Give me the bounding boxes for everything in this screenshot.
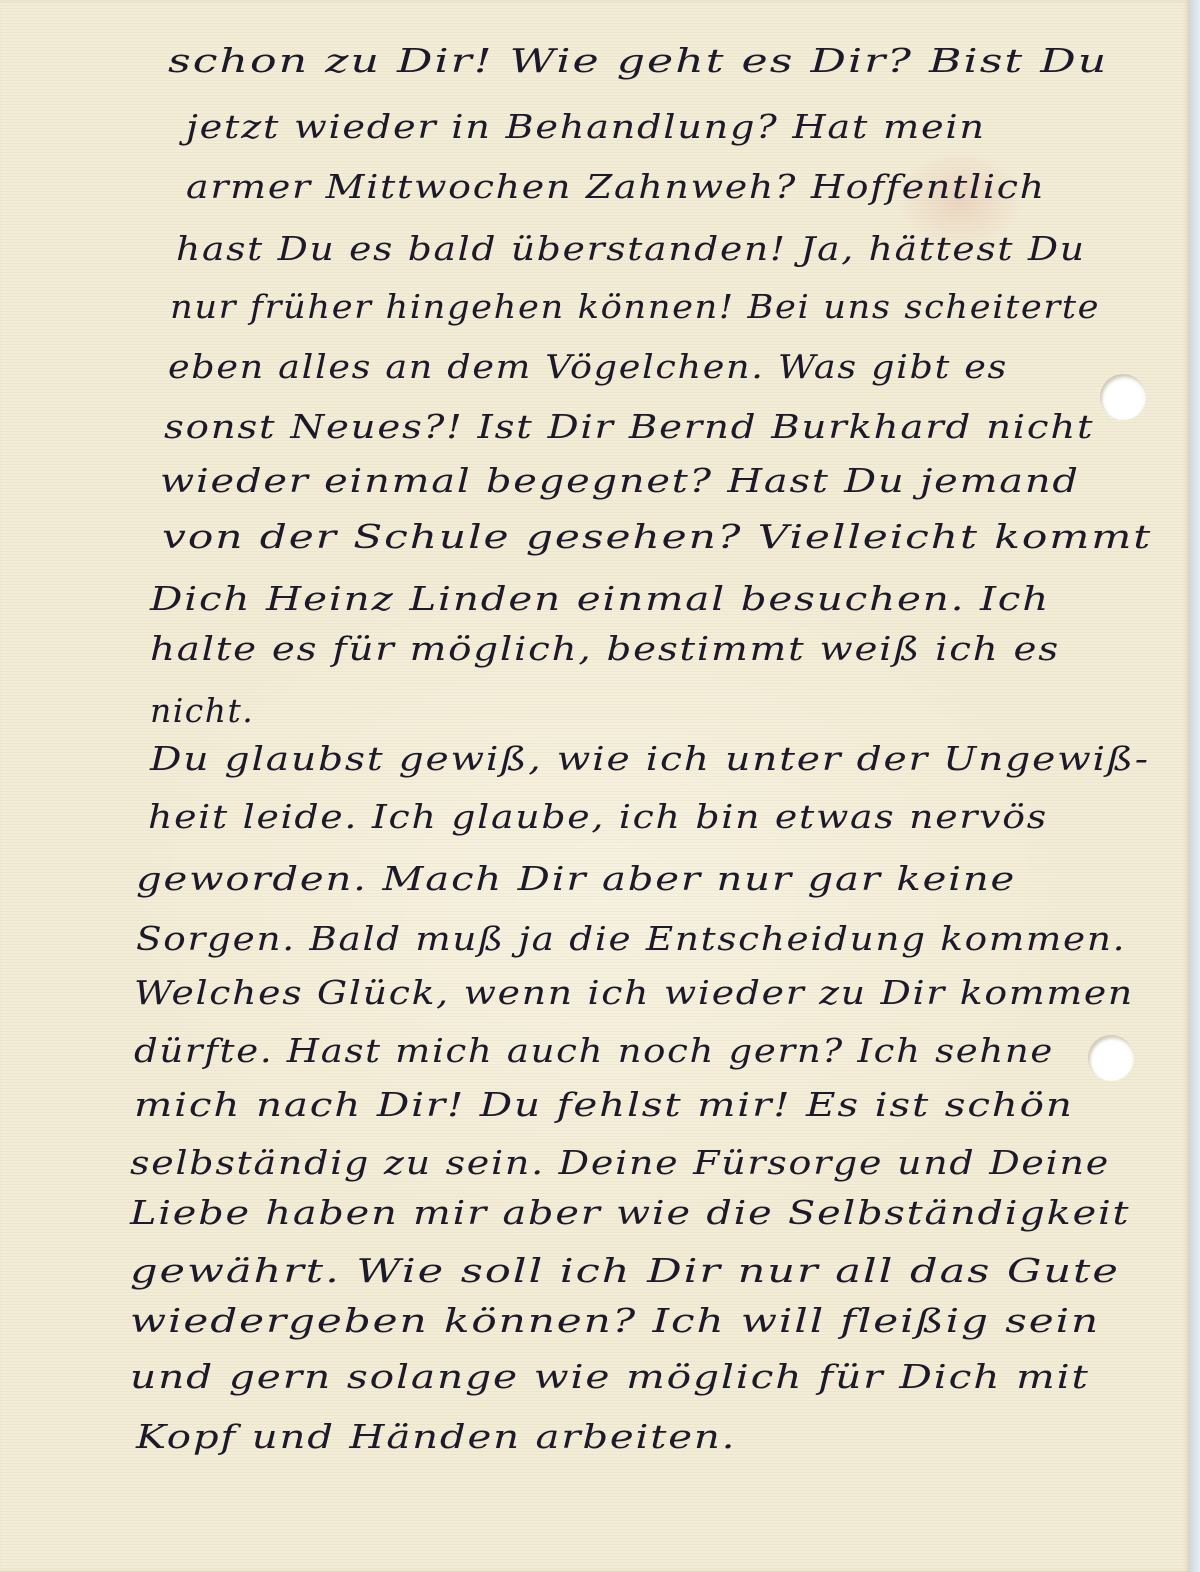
- text-line-13: Du glaubst gewiß, wie ich unter der Unge…: [150, 742, 1150, 775]
- text-line-17: Welches Glück, wenn ich wieder zu Dir ko…: [134, 976, 1134, 1009]
- text-line-25: Kopf und Händen arbeiten.: [136, 1420, 736, 1453]
- text-line-14: heit leide. Ich glaube, ich bin etwas ne…: [148, 800, 1048, 833]
- text-line-24: und gern solange wie möglich für Dich mi…: [130, 1360, 1090, 1393]
- text-line-6: eben alles an dem Vögelchen. Was gibt es: [168, 350, 1008, 383]
- handwritten-text: schon zu Dir! Wie geht es Dir? Bist Du j…: [0, 0, 1190, 1572]
- text-line-18: dürfte. Hast mich auch noch gern? Ich se…: [134, 1034, 1054, 1067]
- text-line-10: Dich Heinz Linden einmal besuchen. Ich: [150, 582, 1050, 615]
- text-line-4: hast Du es bald überstanden! Ja, hättest…: [176, 232, 1086, 265]
- text-line-12: nicht.: [150, 694, 254, 727]
- text-line-15: geworden. Mach Dir aber nur gar keine: [136, 862, 1016, 895]
- text-line-1: schon zu Dir! Wie geht es Dir? Bist Du: [168, 44, 1108, 77]
- text-line-19: mich nach Dir! Du fehlst mir! Es ist sch…: [134, 1088, 1074, 1121]
- text-line-7: sonst Neues?! Ist Dir Bernd Burkhard nic…: [164, 410, 1094, 443]
- text-line-21: Liebe haben mir aber wie die Selbständig…: [130, 1196, 1130, 1229]
- letter-page: schon zu Dir! Wie geht es Dir? Bist Du j…: [0, 0, 1190, 1572]
- text-line-5: nur früher hingehen können! Bei uns sche…: [170, 290, 1100, 323]
- punch-hole-upper: [1100, 374, 1146, 420]
- punch-hole-lower: [1088, 1035, 1134, 1081]
- text-line-20: selbständig zu sein. Deine Fürsorge und …: [130, 1146, 1110, 1179]
- text-line-8: wieder einmal begegnet? Hast Du jemand: [160, 464, 1080, 497]
- text-line-23: wiedergeben können? Ich will fleißig sei…: [130, 1304, 1100, 1337]
- text-line-11: halte es für möglich, bestimmt weiß ich …: [150, 632, 1060, 665]
- scan-background-edge: [1190, 0, 1200, 1572]
- text-line-9: von der Schule gesehen? Vielleicht kommt: [162, 520, 1152, 553]
- text-line-2: jetzt wieder in Behandlung? Hat mein: [186, 110, 986, 143]
- text-line-22: gewährt. Wie soll ich Dir nur all das Gu…: [130, 1254, 1120, 1287]
- text-line-16: Sorgen. Bald muß ja die Entscheidung kom…: [136, 922, 1126, 955]
- text-line-3: armer Mittwochen Zahnweh? Hoffentlich: [186, 170, 1046, 203]
